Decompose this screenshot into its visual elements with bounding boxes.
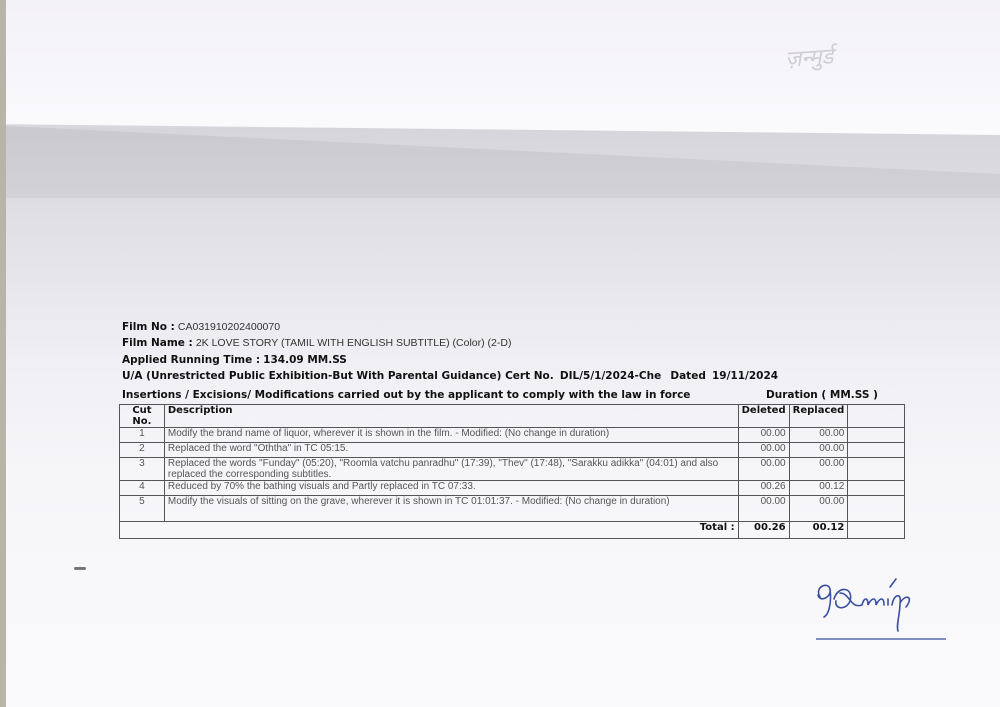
running-time-line: Applied Running Time : 134.09 MM.SS <box>122 354 347 366</box>
cut-no-cell: 5 <box>120 496 165 522</box>
description-cell: Modify the brand name of liquor, whereve… <box>164 428 738 443</box>
description-cell: Reduced by 70% the bathing visuals and P… <box>164 481 738 496</box>
header-replaced: Replaced <box>789 405 848 428</box>
cut-no-cell: 4 <box>120 481 165 496</box>
certificate-category: U/A (Unrestricted Public Exhibition-But … <box>122 370 554 382</box>
blank-cell <box>848 428 905 443</box>
table-row: 1Modify the brand name of liquor, wherev… <box>120 428 905 443</box>
replaced-cell: 00.12 <box>789 481 848 496</box>
blank-cell <box>848 496 905 522</box>
replaced-cell: 00.00 <box>789 496 848 522</box>
header-cut-no: Cut No. <box>120 405 165 428</box>
blank-cell <box>848 458 905 481</box>
film-name-line: Film Name : 2K LOVE STORY (TAMIL WITH EN… <box>122 337 511 349</box>
certificate-number: DIL/5/1/2024-Che <box>560 370 661 382</box>
modifications-heading-text: Insertions / Excisions/ Modifications ca… <box>122 389 690 401</box>
total-label: Total : <box>120 522 739 539</box>
header-blank <box>848 405 905 428</box>
header-deleted: Deleted <box>738 405 789 428</box>
total-replaced: 00.12 <box>789 522 848 539</box>
running-time-label: Applied Running Time : <box>122 354 260 366</box>
film-no-value: CA031910202400070 <box>178 321 280 333</box>
deleted-cell: 00.00 <box>738 428 789 443</box>
total-row: Total : 00.26 00.12 <box>120 522 905 539</box>
header-description: Description <box>164 405 738 428</box>
duration-heading: Duration ( MM.SS ) <box>766 389 878 401</box>
deleted-cell: 00.00 <box>738 443 789 458</box>
blank-cell <box>848 443 905 458</box>
faint-handwritten-note: ज़न्मुर्ड <box>784 40 834 73</box>
total-blank <box>848 522 905 539</box>
deleted-cell: 00.00 <box>738 458 789 481</box>
table-header-row: Cut No. Description Deleted Replaced <box>120 405 905 428</box>
modifications-heading: Insertions / Excisions/ Modifications ca… <box>122 389 690 401</box>
description-cell: Replaced the words "Funday" (05:20), "Ro… <box>164 458 738 481</box>
deleted-cell: 00.26 <box>738 481 789 496</box>
cut-no-cell: 2 <box>120 443 165 458</box>
film-no-line: Film No : CA031910202400070 <box>122 321 280 333</box>
replaced-cell: 00.00 <box>789 428 848 443</box>
stray-mark <box>74 567 86 570</box>
signature <box>810 575 950 655</box>
table-row: 2Replaced the word "Oththa" in TC 05:15.… <box>120 443 905 458</box>
certificate-line: U/A (Unrestricted Public Exhibition-But … <box>122 370 778 382</box>
film-name-label: Film Name : <box>122 337 193 349</box>
cut-no-cell: 3 <box>120 458 165 481</box>
table-row: 4Reduced by 70% the bathing visuals and … <box>120 481 905 496</box>
replaced-cell: 00.00 <box>789 458 848 481</box>
signature-icon <box>810 575 950 650</box>
description-cell: Replaced the word "Oththa" in TC 05:15. <box>164 443 738 458</box>
duration-heading-text: Duration ( MM.SS ) <box>766 389 878 401</box>
total-deleted: 00.26 <box>738 522 789 539</box>
blank-cell <box>848 481 905 496</box>
description-cell: Modify the visuals of sitting on the gra… <box>164 496 738 522</box>
dated-value: 19/11/2024 <box>712 370 778 382</box>
cut-no-cell: 1 <box>120 428 165 443</box>
running-time-value: 134.09 MM.SS <box>263 354 347 366</box>
table-row: 3Replaced the words "Funday" (05:20), "R… <box>120 458 905 481</box>
film-name-value: 2K LOVE STORY (TAMIL WITH ENGLISH SUBTIT… <box>196 337 512 349</box>
dated-label: Dated <box>670 370 705 382</box>
table-row: 5Modify the visuals of sitting on the gr… <box>120 496 905 522</box>
deleted-cell: 00.00 <box>738 496 789 522</box>
cuts-table: Cut No. Description Deleted Replaced 1Mo… <box>119 404 905 539</box>
film-no-label: Film No : <box>122 321 175 333</box>
folded-flap <box>6 0 1000 135</box>
replaced-cell: 00.00 <box>789 443 848 458</box>
